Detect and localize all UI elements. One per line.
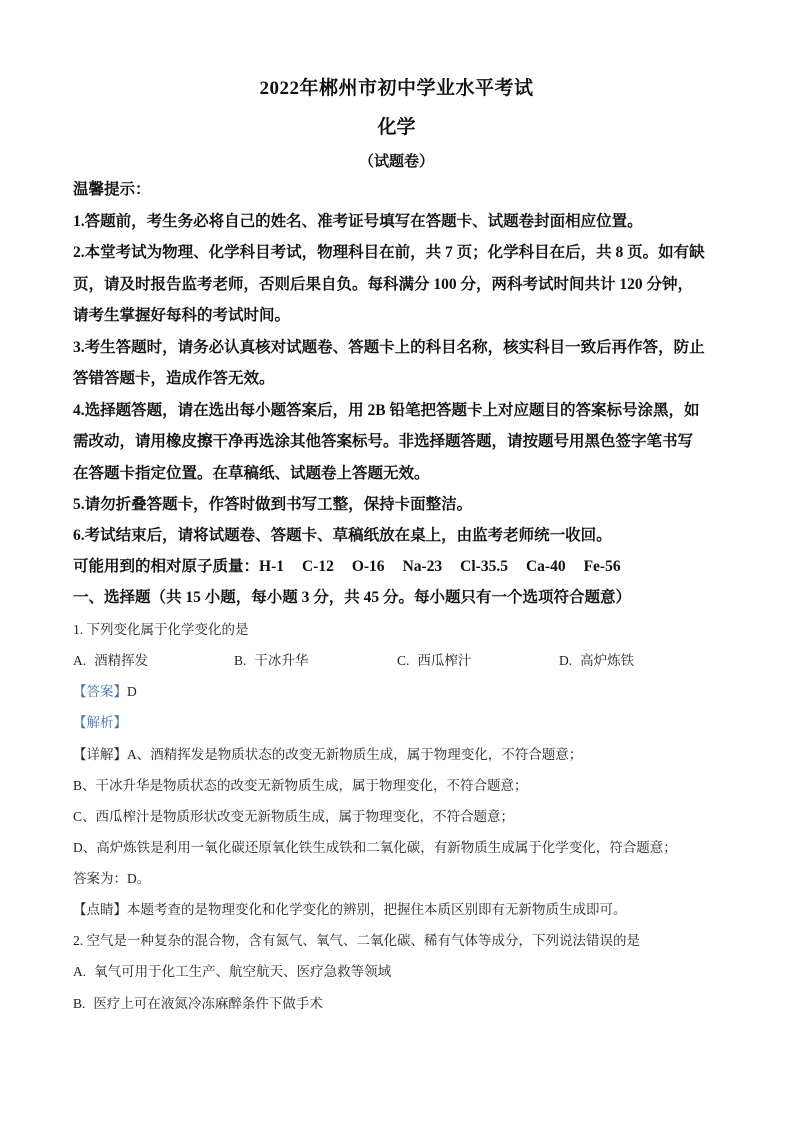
detail-text: A、酒精挥发是物质状态的改变无新物质生成，属于物理变化，不符合题意； [127,747,582,762]
option-text: 干冰升华 [254,653,308,668]
detail-line: C、西瓜榨汁是物质形状改变无新物质生成，属于物理变化，不符合题意； [73,807,733,827]
notice-line: 5.请勿折叠答题卡，作答时做到书写工整，保持卡面整洁。 [73,495,733,515]
atomic-masses-label: 可能用到的相对原子质量： [73,558,259,575]
atomic-mass: O-16 [352,558,385,575]
notice-line: 需改动，请用橡皮擦干净再选涂其他答案标号。非选择题答题，请按题号用黑色签字笔书写 [73,432,733,452]
question-stem: 1. 下列变化属于化学变化的是 [73,620,733,640]
option-d: D.高炉炼铁 [559,651,634,671]
detail-tag: 【详解】 [73,747,127,762]
option-b: B.医疗上可在液氮冷冻麻醉条件下做手术 [73,994,323,1014]
option-c: C.西瓜榨汁 [397,651,471,671]
exam-page: 2022年郴州市初中学业水平考试 化学 （试题卷） 温馨提示： 1.答题前，考生… [0,0,793,1122]
notice-line: 3.考生答题时，请务必认真核对试题卷、答题卡上的科目名称，核实科目一致后再作答，… [73,338,733,358]
option-a: A.酒精挥发 [73,651,148,671]
subject-title: 化学 [0,112,793,139]
notice-line: 4.选择题答题，请在选出每小题答案后，用 2B 铅笔把答题卡上对应题目的答案标号… [73,401,733,421]
detail-line: 答案为：D。 [73,869,733,889]
option-letter: B. [73,996,85,1011]
atomic-mass: Cl-35.5 [460,558,508,575]
notice-line: 1.答题前，考生务必将自己的姓名、准考证号填写在答题卡、试题卷封面相应位置。 [73,212,733,232]
paper-type: （试题卷） [0,150,793,171]
question-stem: 2. 空气是一种复杂的混合物，含有氮气、氧气、二氧化碳、稀有气体等成分，下列说法… [73,931,733,951]
answer-tag: 【答案】 [73,684,127,699]
notice-line: 答错答题卡，造成作答无效。 [73,369,733,389]
comment-line: 【点睛】本题考查的是物理变化和化学变化的辨别，把握住本质区别即有无新物质生成即可… [73,900,733,920]
option-letter: A. [73,964,86,979]
notice-line: 2.本堂考试为物理、化学科目考试，物理科目在前，共 7 页；化学科目在后，共 8… [73,243,733,263]
atomic-masses-line: 可能用到的相对原子质量：H-1C-12O-16Na-23Cl-35.5Ca-40… [73,557,733,577]
atomic-mass: H-1 [259,558,284,575]
analysis-tag: 【解析】 [73,715,127,730]
option-letter: B. [234,653,246,668]
notice-line: 在答题卡指定位置。在草稿纸、试题卷上答题无效。 [73,464,733,484]
option-text: 酒精挥发 [94,653,148,668]
option-text: 氧气可用于化工生产、航空航天、医疗急救等领域 [94,964,391,979]
notice-line: 请考生掌握好每科的考试时间。 [73,306,733,326]
notice-line: 页，请及时报告监考老师，否则后果自负。每科满分 100 分，两科考试时间共计 1… [73,275,733,295]
option-letter: D. [559,653,572,668]
option-letter: C. [397,653,409,668]
exam-title: 2022年郴州市初中学业水平考试 [0,73,793,100]
option-a: A.氧气可用于化工生产、航空航天、医疗急救等领域 [73,962,391,982]
atomic-mass: Ca-40 [526,558,566,575]
analysis-line: 【解析】 [73,713,733,733]
option-text: 高炉炼铁 [580,653,634,668]
detail-line: 【详解】A、酒精挥发是物质状态的改变无新物质生成，属于物理变化，不符合题意； [73,745,733,765]
detail-line: B、干冰升华是物质状态的改变无新物质生成，属于物理变化，不符合题意； [73,776,733,796]
section-heading: 一、选择题（共 15 小题，每小题 3 分，共 45 分。每小题只有一个选项符合… [73,588,733,608]
notice-line: 6.考试结束后，请将试题卷、答题卡、草稿纸放在桌上，由监考老师统一收回。 [73,526,733,546]
notice-heading: 温馨提示： [73,180,733,200]
detail-line: D、高炉炼铁是利用一氧化碳还原氧化铁生成铁和二氧化碳，有新物质生成属于化学变化，… [73,838,733,858]
answer-line: 【答案】D [73,682,733,702]
option-text: 西瓜榨汁 [417,653,471,668]
comment-text: 本题考查的是物理变化和化学变化的辨别，把握住本质区别即有无新物质生成即可。 [127,902,627,917]
option-letter: A. [73,653,86,668]
option-text: 医疗上可在液氮冷冻麻醉条件下做手术 [93,996,323,1011]
atomic-mass: Fe-56 [584,558,621,575]
atomic-mass: C-12 [302,558,334,575]
comment-tag: 【点睛】 [73,902,127,917]
answer-value: D [127,684,137,699]
option-b: B.干冰升华 [234,651,308,671]
atomic-mass: Na-23 [403,558,443,575]
